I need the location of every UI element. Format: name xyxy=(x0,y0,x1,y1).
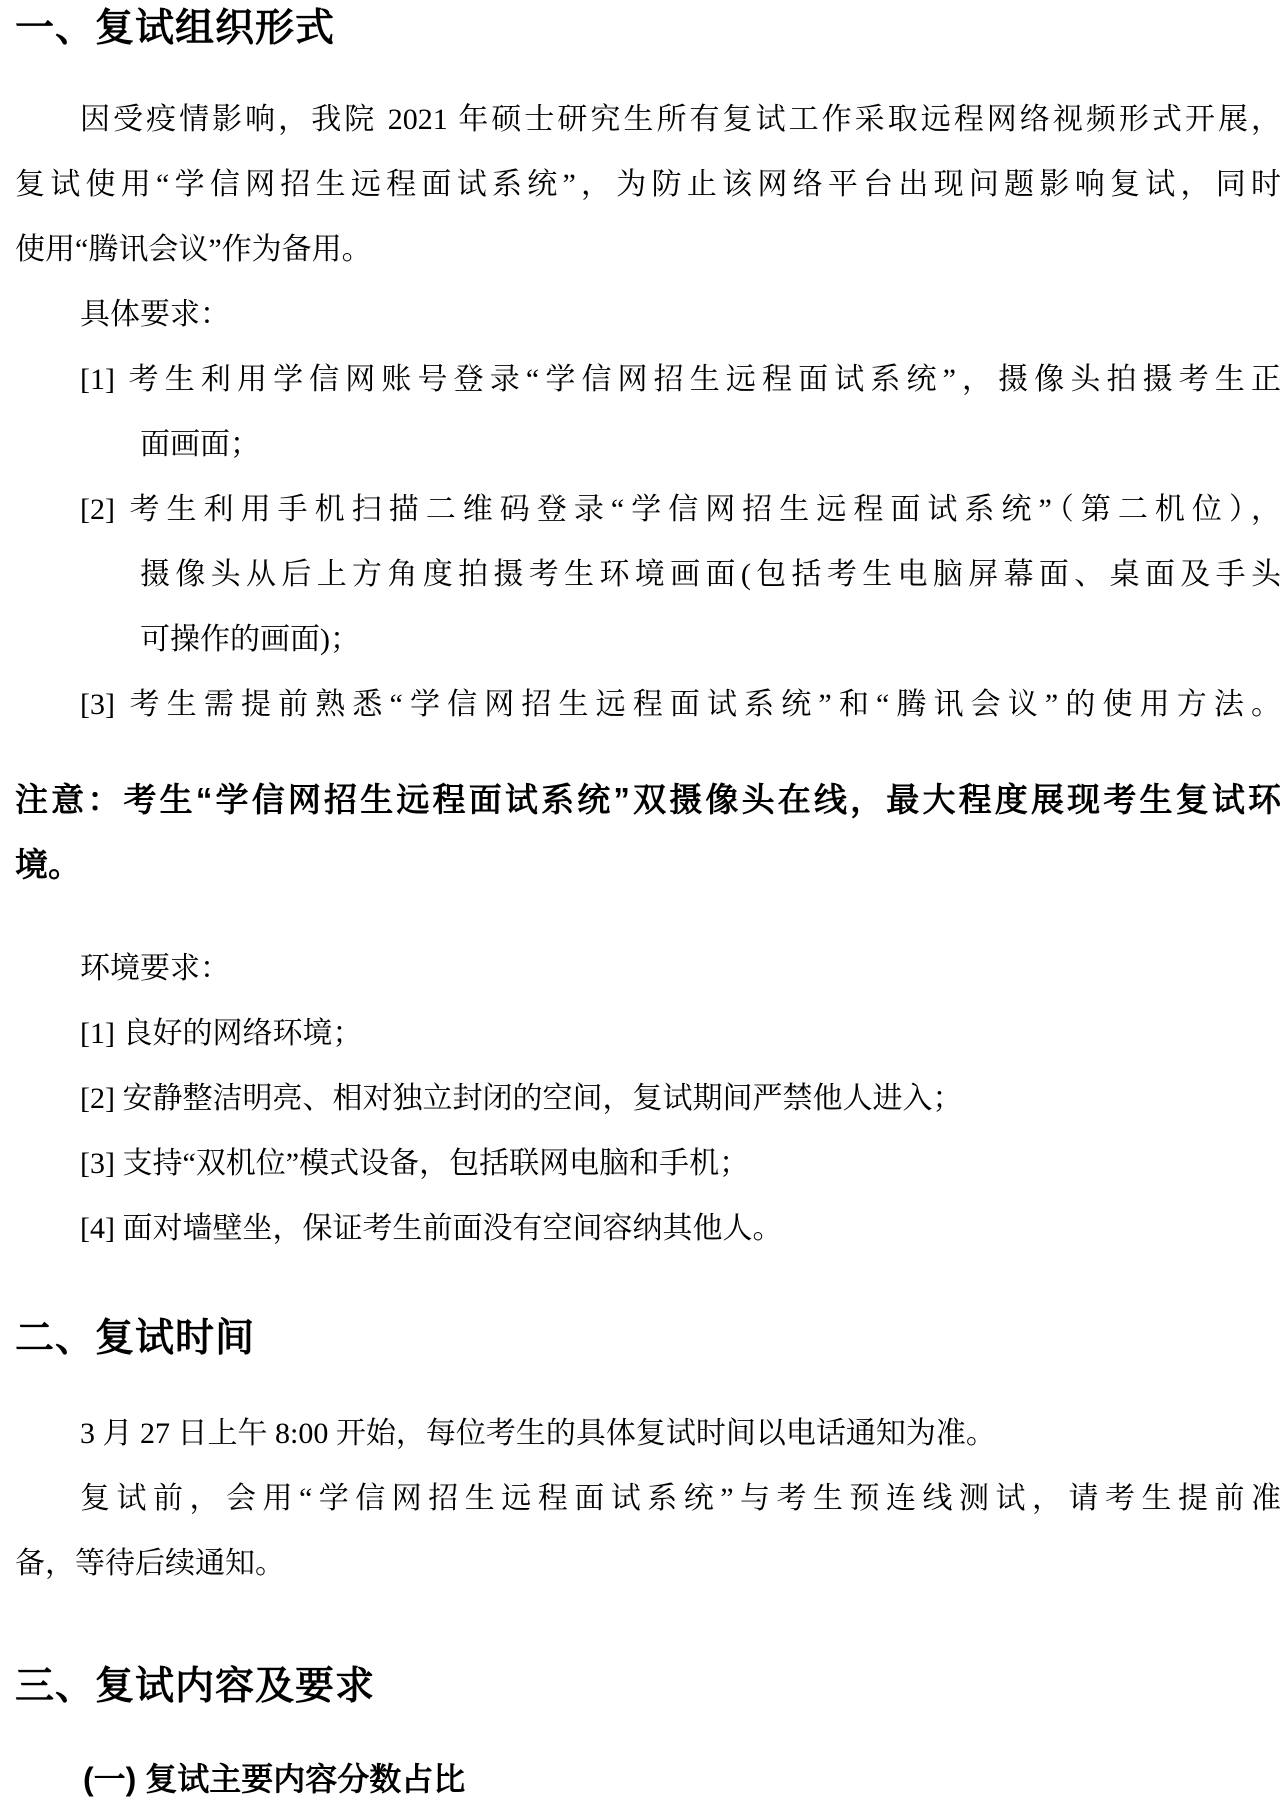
paragraph-line: 因受疫情影响，我院 2021 年硕士研究生所有复试工作采取远程网络视频形式开展， xyxy=(80,87,1281,152)
environment-requirements-label: 环境要求： xyxy=(15,936,1281,1001)
list-item-line: 可操作的画面)； xyxy=(140,607,1281,672)
label-line: 环境要求： xyxy=(80,936,1281,1001)
specific-requirements-label: 具体要求： xyxy=(15,282,1281,347)
subsection-1-heading: (一) 复试主要内容分数占比 xyxy=(83,1759,1281,1799)
list-item-line: [2] 安静整洁明亮、相对独立封闭的空间，复试期间严禁他人进入； xyxy=(80,1066,1281,1131)
note-line: 注意：考生“学信网招生远程面试系统”双摄像头在线，最大程度展现考生复试环 xyxy=(15,767,1281,832)
list-item-line: [1] 考生利用学信网账号登录“学信网招生远程面试系统”，摄像头拍摄考生正 xyxy=(80,347,1281,412)
paragraph-line: 3 月 27 日上午 8:00 开始，每位考生的具体复试时间以电话通知为准。 xyxy=(80,1401,1281,1466)
section-3-heading: 三、复试内容及要求 xyxy=(15,1663,1281,1711)
document-page: 一、复试组织形式 因受疫情影响，我院 2021 年硕士研究生所有复试工作采取远程… xyxy=(0,0,1287,1807)
paragraph-line: 备，等待后续通知。 xyxy=(15,1531,1281,1596)
list-item-line: [3] 考生需提前熟悉“学信网招生远程面试系统”和“腾讯会议”的使用方法。 xyxy=(80,672,1281,737)
paragraph-line: 复试使用“学信网招生远程面试系统”，为防止该网络平台出现问题影响复试，同时 xyxy=(15,152,1281,217)
requirement-item-1: [1] 考生利用学信网账号登录“学信网招生远程面试系统”，摄像头拍摄考生正 面画… xyxy=(15,347,1281,477)
list-item-line: [4] 面对墙壁坐，保证考生前面没有空间容纳其他人。 xyxy=(80,1196,1281,1261)
section-1-heading: 一、复试组织形式 xyxy=(15,6,1281,52)
environment-item-2: [2] 安静整洁明亮、相对独立封闭的空间，复试期间严禁他人进入； xyxy=(15,1066,1281,1131)
list-item-line: [1] 良好的网络环境； xyxy=(80,1001,1281,1066)
environment-item-3: [3] 支持“双机位”模式设备，包括联网电脑和手机； xyxy=(15,1131,1281,1196)
requirement-item-2: [2] 考生利用手机扫描二维码登录“学信网招生远程面试系统”（第二机位）， 摄像… xyxy=(15,477,1281,672)
pretest-paragraph: 复试前，会用“学信网招生远程面试系统”与考生预连线测试，请考生提前准 备，等待后… xyxy=(15,1466,1281,1596)
list-item-line: [3] 支持“双机位”模式设备，包括联网电脑和手机； xyxy=(80,1131,1281,1196)
label-line: 具体要求： xyxy=(80,282,1281,347)
note-paragraph: 注意：考生“学信网招生远程面试系统”双摄像头在线，最大程度展现考生复试环 境。 xyxy=(15,767,1281,897)
list-item-line: 面画面； xyxy=(140,412,1281,477)
intro-paragraph: 因受疫情影响，我院 2021 年硕士研究生所有复试工作采取远程网络视频形式开展，… xyxy=(15,87,1281,282)
paragraph-line: 使用“腾讯会议”作为备用。 xyxy=(15,217,1281,282)
section-2-heading: 二、复试时间 xyxy=(15,1315,1281,1363)
environment-item-4: [4] 面对墙壁坐，保证考生前面没有空间容纳其他人。 xyxy=(15,1196,1281,1261)
paragraph-line: 复试前，会用“学信网招生远程面试系统”与考生预连线测试，请考生提前准 xyxy=(80,1466,1281,1531)
requirement-item-3: [3] 考生需提前熟悉“学信网招生远程面试系统”和“腾讯会议”的使用方法。 xyxy=(15,672,1281,737)
list-item-line: 摄像头从后上方角度拍摄考生环境画面(包括考生电脑屏幕面、桌面及手头 xyxy=(140,542,1281,607)
list-item-line: [2] 考生利用手机扫描二维码登录“学信网招生远程面试系统”（第二机位）， xyxy=(80,477,1281,542)
environment-item-1: [1] 良好的网络环境； xyxy=(15,1001,1281,1066)
note-line: 境。 xyxy=(15,832,1281,897)
time-paragraph: 3 月 27 日上午 8:00 开始，每位考生的具体复试时间以电话通知为准。 xyxy=(15,1401,1281,1466)
